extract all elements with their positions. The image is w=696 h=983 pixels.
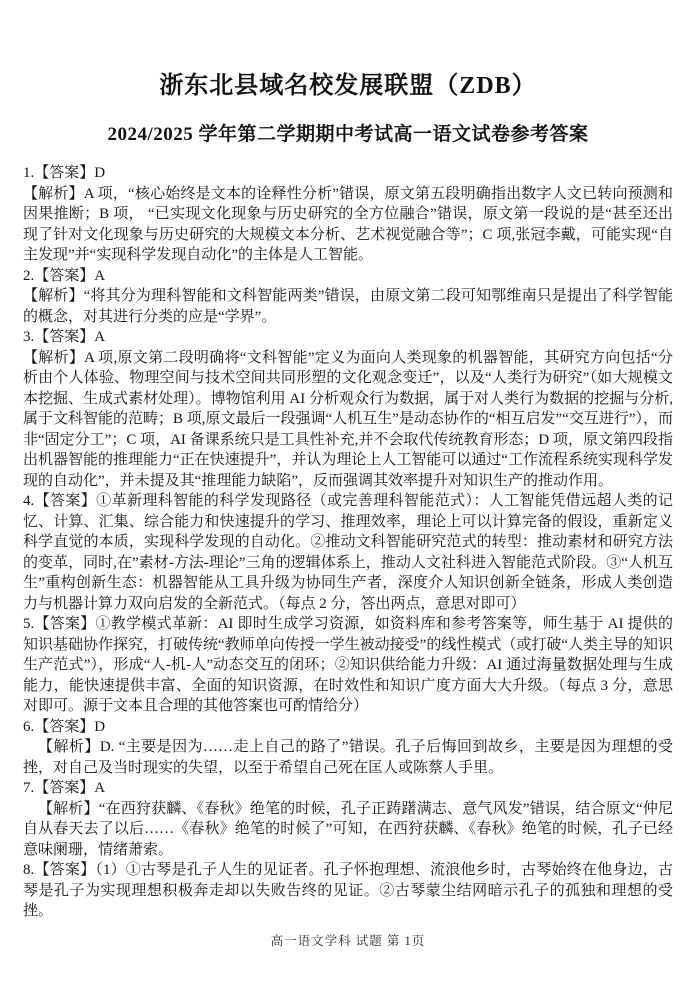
- answer-item-3: 3.【答案】A 【解析】A 项,原文第二段明确将“文科智能”定义为面向人类现象的…: [23, 327, 673, 491]
- answer-item-2: 2.【答案】A 【解析】“将其分为理科智能和文科智能两类”错误，由原文第二段可知…: [23, 266, 673, 328]
- q3-answer-line: 3.【答案】A: [23, 327, 673, 348]
- q6-answer-line: 6.【答案】D: [23, 717, 673, 738]
- q6-analysis: 【解析】D. “主要是因为……走上自己的路了”错误。孔子后悔回到故乡，主要是因为…: [23, 737, 673, 778]
- answer-item-1: 1.【答案】D 【解析】A 项，“核心始终是文本的诠释性分析”错误，原文第五段明…: [23, 163, 673, 266]
- q2-analysis: 【解析】“将其分为理科智能和文科智能两类”错误，由原文第二段可知鄂维南只是提出了…: [23, 286, 673, 327]
- page-subtitle: 2024/2025 学年第二学期期中考试高一语文试卷参考答案: [23, 122, 673, 148]
- q7-answer-line: 7.【答案】A: [23, 778, 673, 799]
- q1-answer-line: 1.【答案】D: [23, 163, 673, 184]
- q8-answer-line: 8.【答案】（1）①古琴是孔子人生的见证者。孔子怀抱理想、流浪他乡时，古琴始终在…: [23, 860, 673, 922]
- q1-analysis: 【解析】A 项，“核心始终是文本的诠释性分析”错误，原文第五段明确指出数字人文已…: [23, 184, 673, 266]
- answer-item-6: 6.【答案】D 【解析】D. “主要是因为……走上自己的路了”错误。孔子后悔回到…: [23, 717, 673, 779]
- q7-analysis: 【解析】“在西狩获麟、《春秋》绝笔的时候，孔子正踌躇满志、意气风发”错误，结合原…: [23, 799, 673, 861]
- answer-item-5: 5.【答案】①教学模式革新：AI 即时生成学习资源，如资料库和参考答案等，师生基…: [23, 614, 673, 717]
- document-page: 浙东北县域名校发展联盟（ZDB） 2024/2025 学年第二学期期中考试高一语…: [0, 0, 696, 983]
- answer-item-4: 4.【答案】①革新理科智能的科学发现路径（或完善理科智能范式）：人工智能凭借远超…: [23, 491, 673, 614]
- q2-answer-line: 2.【答案】A: [23, 266, 673, 287]
- page-footer: 高一语文学科 试题 第 1页: [23, 931, 673, 949]
- q4-answer-line: 4.【答案】①革新理科智能的科学发现路径（或完善理科智能范式）：人工智能凭借远超…: [23, 491, 673, 614]
- q5-answer-line: 5.【答案】①教学模式革新：AI 即时生成学习资源，如资料库和参考答案等，师生基…: [23, 614, 673, 717]
- answer-item-8: 8.【答案】（1）①古琴是孔子人生的见证者。孔子怀抱理想、流浪他乡时，古琴始终在…: [23, 860, 673, 922]
- page-title: 浙东北县域名校发展联盟（ZDB）: [23, 70, 673, 102]
- answer-item-7: 7.【答案】A 【解析】“在西狩获麟、《春秋》绝笔的时候，孔子正踌躇满志、意气风…: [23, 778, 673, 860]
- answer-list: 1.【答案】D 【解析】A 项，“核心始终是文本的诠释性分析”错误，原文第五段明…: [23, 163, 673, 922]
- q3-analysis: 【解析】A 项,原文第二段明确将“文科智能”定义为面向人类现象的机器智能，其研究…: [23, 348, 673, 492]
